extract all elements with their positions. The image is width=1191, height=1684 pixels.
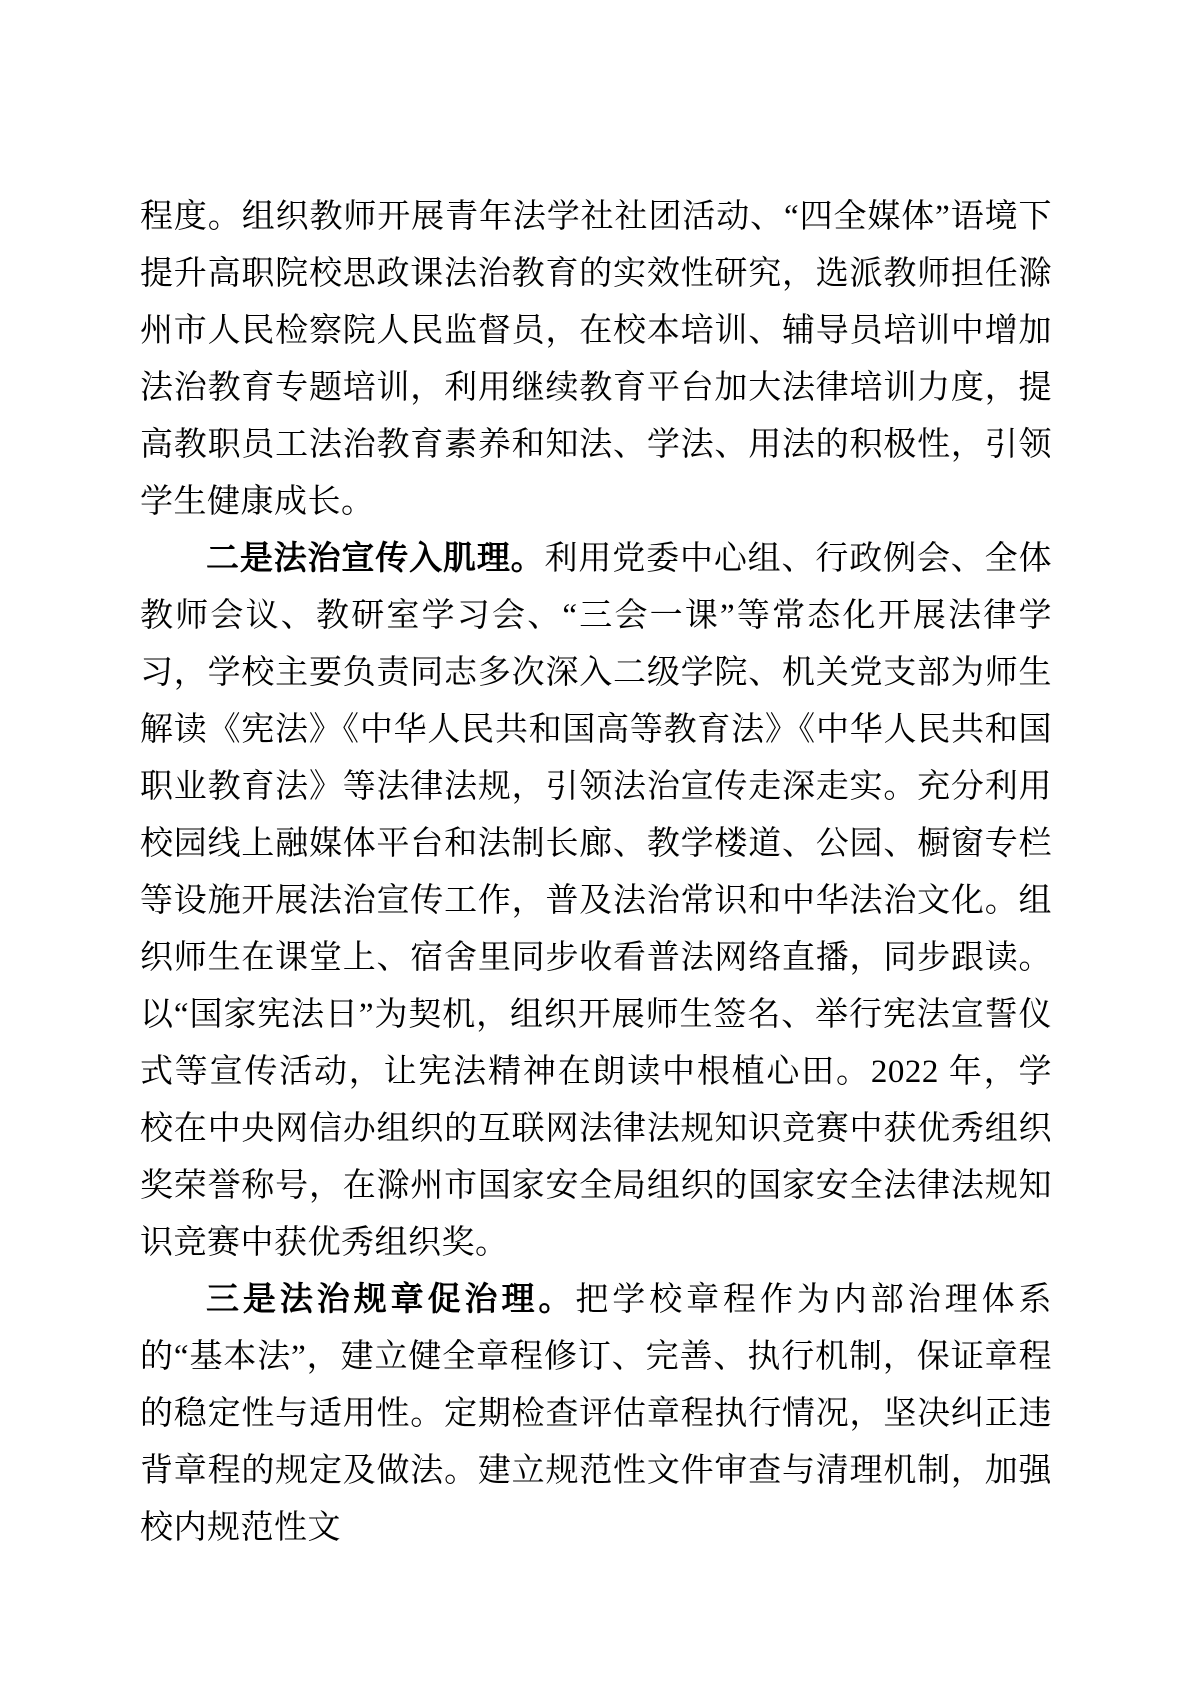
paragraph: 三是法治规章促治理。把学校章程作为内部治理体系的“基本法”，建立健全章程修订、完… [140, 1272, 1052, 1557]
paragraph-lead: 三是法治规章促治理。 [206, 1282, 575, 1318]
paragraph-text: 利用党委中心组、行政例会、全体教师会议、教研室学习会、“三会一课”等常态化开展法… [140, 541, 1052, 1261]
document-page: 程度。组织教师开展青年法学社社团活动、“四全媒体”语境下提升高职院校思政课法治教… [0, 0, 1191, 1684]
paragraph: 程度。组织教师开展青年法学社社团活动、“四全媒体”语境下提升高职院校思政课法治教… [140, 189, 1052, 531]
paragraph-lead: 二是法治宣传入肌理。 [206, 541, 545, 577]
document-text-block: 程度。组织教师开展青年法学社社团活动、“四全媒体”语境下提升高职院校思政课法治教… [140, 189, 1052, 1557]
paragraph-text: 程度。组织教师开展青年法学社社团活动、“四全媒体”语境下提升高职院校思政课法治教… [140, 199, 1052, 520]
paragraph-text: 把学校章程作为内部治理体系的“基本法”，建立健全章程修订、完善、执行机制，保证章… [140, 1282, 1052, 1546]
paragraph: 二是法治宣传入肌理。利用党委中心组、行政例会、全体教师会议、教研室学习会、“三会… [140, 531, 1052, 1272]
